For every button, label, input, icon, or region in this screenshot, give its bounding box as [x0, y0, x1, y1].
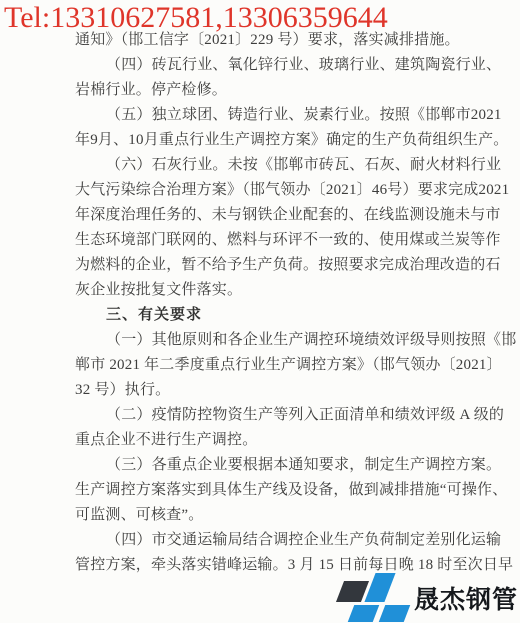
text-line: （五）独立球团、铸造行业、炭素行业。按照《邯郸市2021 [75, 103, 505, 128]
text-line: （二）疫情防控物资生产等列入正面清单和绩效评级 A 级的 [75, 403, 505, 428]
logo-mark-icon [337, 574, 411, 622]
scanned-document-page: Tel:13310627581,13306359644 通知》（邯工信字〔202… [0, 0, 520, 623]
text-line: （六）石灰行业。未按《邯郸市砖瓦、石灰、耐火材料行业 [75, 153, 505, 178]
text-line: 生态环境部门联网的、燃料与环评不一致的、使用煤或兰炭等作 [75, 228, 505, 253]
section-heading: 三、有关要求 [75, 303, 505, 328]
logo-parallelogram-blue-bottom-right [379, 605, 411, 622]
logo-parallelogram-blue-bottom-left [348, 605, 380, 622]
text-line: 32 号）执行。 [75, 378, 505, 403]
watermark-logo: 晟杰钢管 [337, 574, 518, 622]
text-line: 年9月、10月重点行业生产调控方案》确定的生产负荷组织生产。 [75, 128, 505, 153]
logo-parallelogram-dark [336, 581, 369, 602]
text-line: 岩棉行业。停产检修。 [75, 78, 505, 103]
text-line: （一）其他原则和各企业生产调控环境绩效评级导则按照《邯 [75, 328, 505, 353]
logo-parallelogram-blue-top [364, 573, 395, 602]
text-line: 大气污染综合治理方案》（邯气领办〔2021〕46号）要求完成2021 [75, 178, 505, 203]
text-line: 可监测、可核查”。 [75, 503, 505, 528]
text-line: 年深度治理任务的、未与钢铁企业配套的、在线监测设施未与市 [75, 203, 505, 228]
text-line: 通知》（邯工信字〔2021〕229 号）要求，落实减排措施。 [75, 28, 505, 53]
text-line: 生产调控方案落实到具体生产线及设备，做到减排措施“可操作、 [75, 478, 505, 503]
text-line: 为燃料的企业，暂不给予生产负荷。按照要求完成治理改造的石 [75, 253, 505, 278]
text-line: 郸市 2021 年二季度重点行业生产调控方案》（邯气领办〔2021〕 [75, 353, 505, 378]
text-line: （四）砖瓦行业、氧化锌行业、玻璃行业、建筑陶瓷行业、 [75, 53, 505, 78]
document-body: 通知》（邯工信字〔2021〕229 号）要求，落实减排措施。 （四）砖瓦行业、氧… [75, 28, 505, 578]
text-line: （四）市交通运输局结合调控企业生产负荷制定差别化运输 [75, 528, 505, 553]
text-line: （三）各重点企业要根据本通知要求，制定生产调控方案。 [75, 453, 505, 478]
text-line: 灰企业按批复文件落实。 [75, 278, 505, 303]
text-line: 重点企业不进行生产调控。 [75, 428, 505, 453]
logo-text: 晟杰钢管 [414, 580, 518, 616]
